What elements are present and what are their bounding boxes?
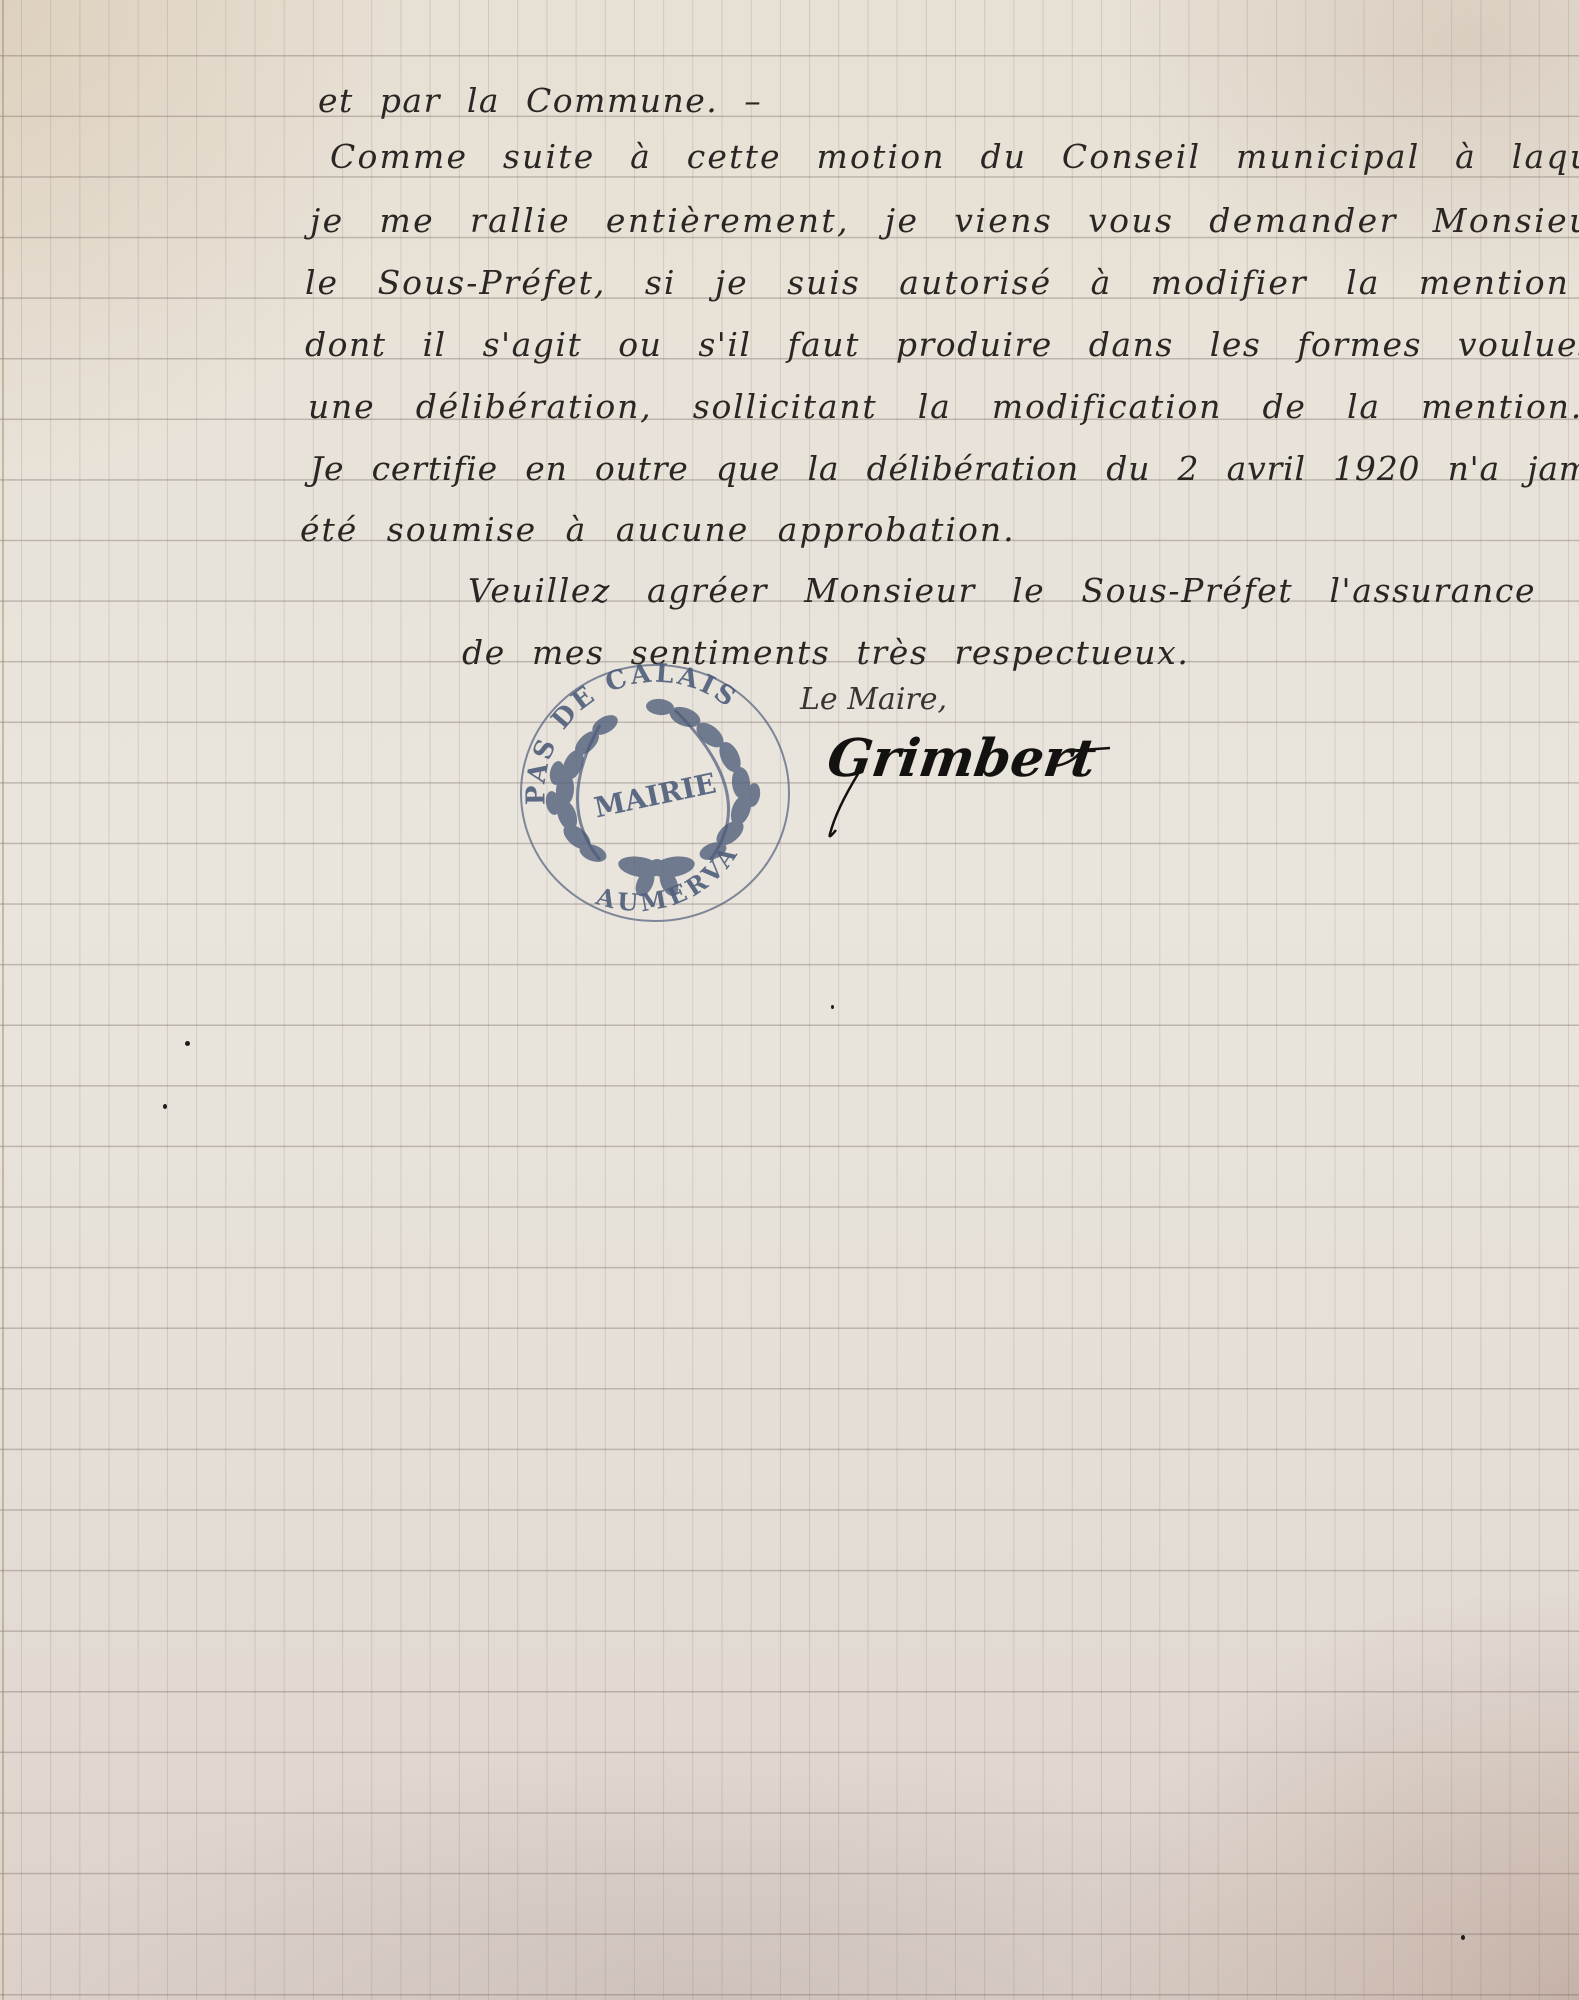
letter-line-6: une délibération, sollicitant la modific… <box>308 390 1579 423</box>
letter-line-7: Je certifie en outre que la délibération… <box>310 452 1579 485</box>
signature-descender-icon <box>826 770 866 840</box>
signature-flourish-icon <box>1052 742 1112 772</box>
letter-line-9: Veuillez agréer Monsieur le Sous-Préfet … <box>468 574 1536 607</box>
stamp-seal-icon: PAS DE CALAIS AUMERVAL MAIRIE <box>505 655 805 925</box>
letter-line-8: été soumise à aucune approbation. <box>300 513 1016 546</box>
mayor-title: Le Maire, <box>800 682 947 717</box>
ink-speck <box>185 1041 190 1046</box>
ink-speck <box>1461 1935 1465 1940</box>
official-stamp: PAS DE CALAIS AUMERVAL MAIRIE <box>505 655 805 925</box>
ink-speck <box>163 1104 167 1109</box>
letter-line-1: et par la Commune. – <box>318 84 762 117</box>
letter-line-5: dont il s'agit ou s'il faut produire dan… <box>305 328 1579 361</box>
letter-line-2: Comme suite à cette motion du Conseil mu… <box>330 140 1579 173</box>
page-left-edge <box>2 0 4 2000</box>
letter-line-4: le Sous-Préfet, si je suis autorisé à mo… <box>305 266 1570 299</box>
stamp-center-text: MAIRIE <box>591 767 719 825</box>
ink-speck <box>831 1005 834 1009</box>
letter-line-3: je me rallie entièrement, je viens vous … <box>310 204 1579 237</box>
